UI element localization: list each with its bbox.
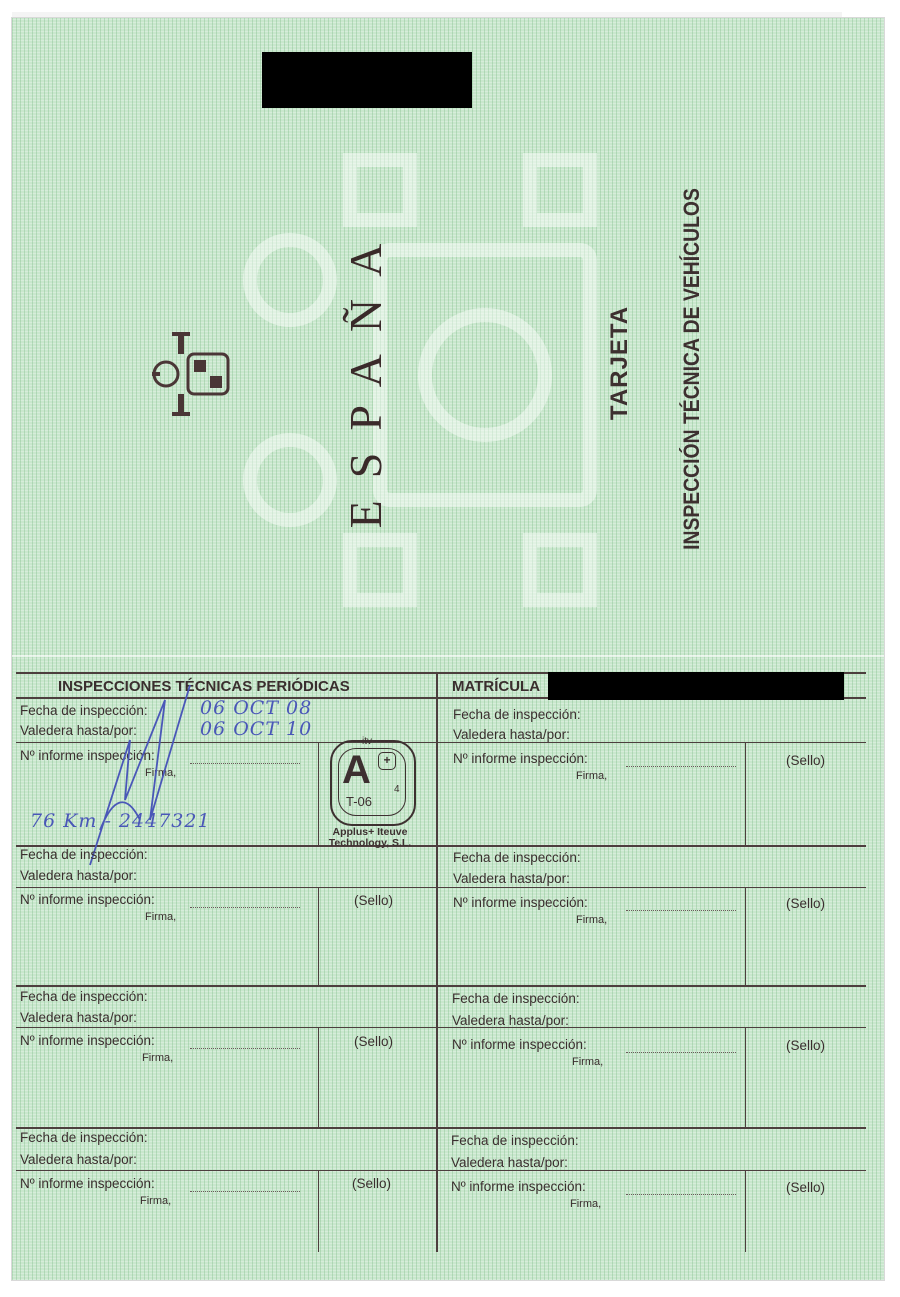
valedera-label: Valedera hasta/por: [452,1013,569,1028]
informe-dotted-line [190,907,300,909]
fecha-label: Fecha de inspección: [20,1130,148,1145]
redacted-block-top [262,52,472,108]
sello-label: (Sello) [354,893,393,908]
itv-stamp: itv A + 4 T-06 [330,740,416,826]
handwritten-fecha: 06 OCT 08 [200,697,312,719]
informe-label: Nº informe inspección: [451,1179,586,1194]
spain-coat-of-arms-icon [148,328,240,420]
rule [16,1170,866,1171]
valedera-label: Valedera hasta/por: [20,1010,137,1025]
firma-label: Firma, [576,770,607,782]
sello-divider [745,1027,746,1127]
informe-dotted-line [190,1048,300,1050]
informe-dotted-line [626,910,736,912]
informe-label: Nº informe inspección: [452,1037,587,1052]
informe-label: Nº informe inspección: [20,1176,155,1191]
sello-label: (Sello) [786,896,825,911]
sello-divider [745,887,746,985]
sello-divider [318,887,319,985]
header-matricula: MATRÍCULA [452,678,540,695]
sello-label: (Sello) [786,1038,825,1053]
firma-label: Firma, [140,1195,171,1207]
informe-dotted-line [626,1052,736,1054]
redacted-plate-number [548,672,844,700]
fecha-label: Fecha de inspección: [452,991,580,1006]
firma-label: Firma, [145,911,176,923]
fecha-label: Fecha de inspección: [451,1133,579,1148]
valedera-label: Valedera hasta/por: [20,868,137,883]
fecha-label: Fecha de inspección: [453,707,581,722]
informe-dotted-line [626,1194,736,1196]
handwritten-valedera: 06 OCT 10 [200,718,312,740]
valedera-label: Valedera hasta/por: [453,871,570,886]
informe-label: Nº informe inspección: [453,751,588,766]
firma-label: Firma, [572,1056,603,1068]
informe-dotted-line [626,766,736,768]
firma-label: Firma, [142,1052,173,1064]
fecha-label: Fecha de inspección: [20,989,148,1004]
stamp-company-line2: Technology, S.L. [318,837,422,849]
valedera-label: Valedera hasta/por: [451,1155,568,1170]
informe-label: Nº informe inspección: [20,1033,155,1048]
fecha-label: Fecha de inspección: [20,847,148,862]
valedera-label: Valedera hasta/por: [453,727,570,742]
sello-label: (Sello) [352,1176,391,1191]
informe-label: Nº informe inspección: [453,895,588,910]
card-subtitle: INSPECCIÓN TÉCNICA DE VEHÍCULOS [675,131,709,606]
sello-divider [318,1027,319,1127]
card-title: TARJETA [602,263,638,463]
sello-divider [318,742,319,845]
rule [16,1127,866,1129]
sello-divider [745,1170,746,1252]
fecha-label: Fecha de inspección: [453,850,581,865]
column-divider [436,672,438,1252]
sello-divider [745,742,746,845]
informe-dotted-line [190,1191,300,1193]
valedera-label: Valedera hasta/por: [20,1152,137,1167]
sello-label: (Sello) [354,1034,393,1049]
informe-dotted-line [190,763,300,765]
informe-label: Nº informe inspección: [20,892,155,907]
signature-scribble [70,680,200,870]
sello-label: (Sello) [786,1180,825,1195]
fold-line [12,655,884,657]
sello-divider [318,1170,319,1252]
rule [16,1027,866,1028]
firma-label: Firma, [570,1198,601,1210]
rule [16,985,866,987]
firma-label: Firma, [576,914,607,926]
country-title: ESPAÑA [336,215,396,535]
sello-label: (Sello) [786,753,825,768]
rule [16,887,866,888]
